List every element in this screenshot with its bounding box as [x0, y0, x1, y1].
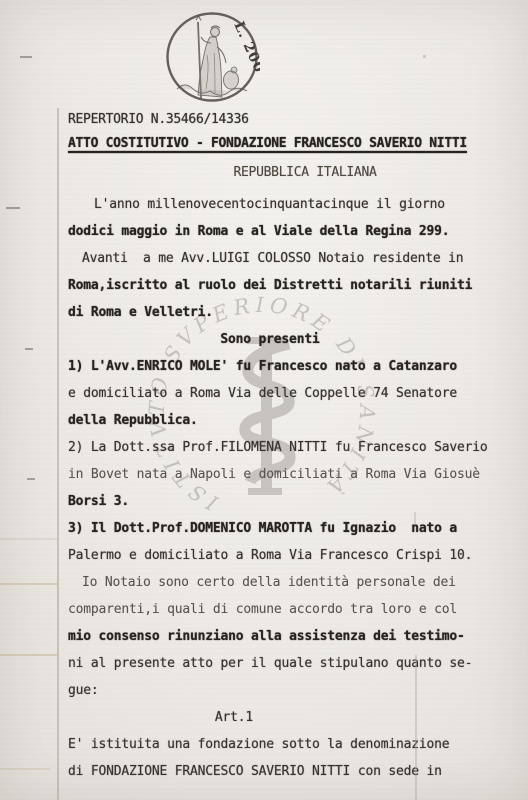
revenue-stamp: L. 200 — [165, 11, 260, 103]
ledger-line — [0, 654, 57, 656]
scan-speck — [27, 478, 35, 480]
document-body: L'anno millenovecentocinquantacinque il … — [68, 191, 500, 785]
scan-speck — [6, 207, 20, 209]
document-title: ATTO COSTITUTIVO - FONDAZIONE FRANCESCO … — [68, 136, 467, 151]
document-line: Avanti a me Avv.LUIGI COLOSSO Notaio res… — [68, 245, 500, 272]
document-line: di Roma e Velletri. — [68, 299, 500, 326]
document-page: ISTITVTO SVPERIORE DI SANITÀ L. — [0, 0, 528, 800]
republic-heading: REPUBBLICA ITALIANA — [89, 165, 521, 180]
document-line: gue: — [68, 677, 500, 704]
document-line: Art.1 — [18, 704, 450, 731]
scan-speck — [25, 348, 33, 350]
scan-speck — [423, 55, 426, 58]
ledger-line — [0, 538, 57, 540]
document-line: Io Notaio sono certo della identità pers… — [68, 569, 500, 596]
document-line: Palermo e domiciliato a Roma Via Frances… — [68, 542, 500, 569]
ledger-line — [0, 768, 50, 770]
document-line: L'anno millenovecentocinquantacinque il … — [68, 191, 500, 218]
document-line: della Repubblica. — [68, 407, 500, 434]
document-line: mio consenso rinunziano alla assistenza … — [68, 623, 500, 650]
repertorio-number: REPERTORIO N.35466/14336 — [68, 112, 249, 127]
document-line: e domiciliato a Roma Via delle Coppelle … — [68, 380, 500, 407]
document-line: ni al presente atto per il quale stipula… — [68, 650, 500, 677]
scan-speck — [414, 512, 416, 524]
scan-speck — [20, 56, 32, 58]
document-line: E' istituita una fondazione sotto la den… — [68, 731, 500, 758]
document-line: 3) Il Dott.Prof.DOMENICO MAROTTA fu Igna… — [68, 515, 500, 542]
document-line: 1) L'Avv.ENRICO MOLE' fu Francesco nato … — [68, 353, 500, 380]
margin-rule-right — [415, 655, 417, 800]
document-line: comparenti,i quali di comune accordo tra… — [68, 596, 500, 623]
document-line: Sono presenti — [54, 326, 486, 353]
document-line: 2) La Dott.ssa Prof.FILOMENA NITTI fu Fr… — [68, 434, 500, 461]
document-line: di FONDAZIONE FRANCESCO SAVERIO NITTI co… — [68, 758, 500, 785]
document-line: in Bovet nata a Napoli e domiciliati a R… — [68, 461, 500, 488]
margin-rule-left — [57, 108, 59, 800]
document-line: Roma,iscritto al ruolo dei Distretti not… — [68, 272, 500, 299]
ledger-line — [0, 583, 57, 585]
document-line: Borsi 3. — [68, 488, 500, 515]
document-line: dodici maggio in Roma e al Viale della R… — [68, 218, 500, 245]
